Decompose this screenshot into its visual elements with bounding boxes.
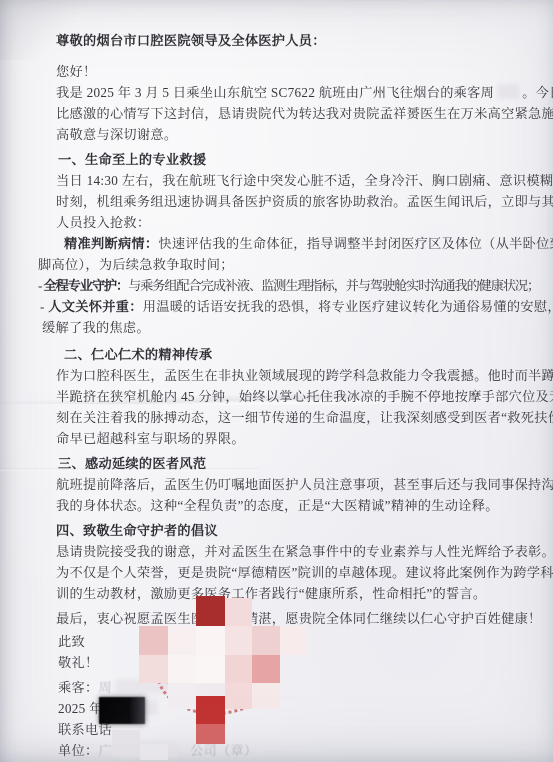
text-run: 快速评估我的生命体征，指导调整半封闭医疗区及体位（从半卧位到头低: [158, 236, 553, 251]
greeting: 您好！: [56, 61, 526, 82]
letter-line: - 人文关怀并重：用温暖的话语安抚我的恐惧，将专业医疗建议转化为通俗易懂的安慰，…: [40, 296, 526, 317]
text-run: 刻在关注着我的脉搏动态，这一细节传递的生命温度，让我深刻感受到医者“救死扶伤”的…: [56, 410, 553, 425]
letter-line: 人员投入抢救：: [56, 212, 526, 233]
section-4-heading: 四、致敬生命守护者的倡议: [56, 520, 526, 541]
text-run: 人员投入抢救：: [56, 215, 150, 230]
text-run: 高敬意与深切谢意。: [56, 127, 177, 142]
letter-line: 一、生命至上的专业救援: [58, 149, 526, 170]
text-run: 二、仁心仁术的精神传承: [64, 347, 212, 362]
text-run: 人文关怀并重：: [48, 299, 142, 314]
letter-line: 二、仁心仁术的精神传承: [64, 344, 526, 365]
text-run: 全程专业守护：: [44, 278, 129, 293]
letter-line: 脚高位），为后续急救争取时间；: [38, 254, 526, 275]
text-run: 您好！: [56, 64, 96, 79]
text-run: 用温暖的话语安抚我的恐惧，将专业医疗建议转化为通俗易懂的安慰，极大: [143, 299, 553, 314]
letter-line: 命早已超越科室与职场的界限。: [56, 428, 526, 449]
text-run: 敬礼！: [58, 655, 98, 670]
text-run: 时刻，机组乘务组迅速协调具备医护资质的旅客协助救治。孟医生闻讯后，立即与其他医护: [56, 194, 553, 209]
letter-line: 敬礼！: [58, 652, 526, 673]
text-run: 单位：: [58, 743, 98, 758]
scanned-letter-page: { "meta": { "kind": "scanned thank-you l…: [0, 0, 553, 762]
section-3-heading: 三、感动延续的医者风范: [56, 453, 526, 474]
text-run: 脚高位），为后续急救争取时间；: [38, 257, 234, 272]
text-run: 训的生动教材，激励更多医务工作者践行“健康所系，性命相托”的誓言。: [56, 586, 486, 601]
text-run: 命早已超越科室与职场的界限。: [56, 431, 245, 446]
letter-line: 时刻，机组乘务组迅速协调具备医护资质的旅客协助救治。孟医生闻讯后，立即与其他医护: [56, 191, 526, 212]
letter-line: 三、感动延续的医者风范: [58, 453, 526, 474]
letter-line: - 全程专业守护：与乘务组配合完成补液、监测生理指标，并与驾驶舱实时沟通我的健康…: [38, 275, 526, 296]
letter-line: 训的生动教材，激励更多医务工作者践行“健康所系，性命相托”的誓言。: [56, 583, 526, 604]
section-2-heading: 二、仁心仁术的精神传承: [56, 344, 526, 365]
text-run: 乘客：: [58, 680, 98, 695]
letter-line: 高敬意与深切谢意。: [56, 124, 526, 145]
letter-line: 尊敬的烟台市口腔医院领导及全体医护人员：: [56, 30, 526, 51]
black-redaction-box: [99, 697, 145, 724]
opening-paragraph: 我是 2025 年 3 月 5 日乘坐山东航空 SC7622 航班由广州飞往烟台…: [56, 82, 526, 145]
text-run: 当日 14:30 左右，我在航班飞行途中突发心脏不适，全身冷汗、胸口剧痛、意识模…: [56, 173, 553, 188]
text-run: 公司（章）: [190, 743, 257, 758]
salutation: 尊敬的烟台市口腔医院领导及全体医护人员：: [56, 30, 526, 51]
redacted-text: [497, 84, 519, 99]
bullet-precise-diagnosis: 精准判断病情：快速评估我的生命体征，指导调整半封闭医疗区及体位（从半卧位到头低脚…: [56, 233, 526, 275]
letter-line: 刻在关注着我的脉搏动态，这一细节传递的生命温度，让我深刻感受到医者“救死扶伤”的…: [56, 407, 526, 428]
letter-line: 为不仅是个人荣誉，更是贵院“厚德精医”院训的卓越体现。建议将此案例作为跨学科急救…: [56, 562, 526, 583]
letter-line: 此致: [58, 631, 526, 652]
letter-line: 当日 14:30 左右，我在航班飞行途中突发心脏不适，全身冷汗、胸口剧痛、意识模…: [56, 170, 526, 191]
text-run: 精准判断病情：: [64, 236, 158, 251]
letter-line: 恳请贵院接受我的谢意，并对孟医生在紧急事件中的专业素养与人性光辉给予表彰。他的行: [56, 541, 526, 562]
text-run: 为不仅是个人荣誉，更是贵院“厚德精医”院训的卓越体现。建议将此案例作为跨学科急救…: [56, 565, 553, 580]
text-run: 三、感动延续的医者风范: [58, 456, 206, 471]
letter-line: 我是 2025 年 3 月 5 日乘坐山东航空 SC7622 航班由广州飞往烟台…: [56, 82, 526, 103]
letter-line: 半跪挤在狭窄机舱内 45 分钟，始终以掌心托住我冰凉的手腕不停地按摩手部穴位及无…: [56, 386, 526, 407]
text-run: 联系电话: [58, 722, 112, 737]
letter-line: 乘客：周: [58, 677, 526, 698]
closing-wish: 最后，衷心祝愿孟医生医术日臻精湛，愿贵院全体同仁继续以仁心守护百姓健康！: [56, 608, 526, 629]
letter-line: 精准判断病情：快速评估我的生命体征，指导调整半封闭医疗区及体位（从半卧位到头低: [56, 233, 526, 254]
text-run: 广: [98, 743, 112, 758]
text-run: 我是 2025 年 3 月 5 日乘坐山东航空 SC7622 航班由广州飞往烟台…: [56, 85, 494, 100]
text-run: 缓解了我的焦虑。: [42, 320, 150, 335]
text-run: 航班提前降落后，孟医生仍叮嘱地面医护人员注意事项，甚至事后还与我同事保持沟通了解: [56, 477, 553, 492]
letter-line: 您好！: [56, 61, 526, 82]
section-4-paragraph: 恳请贵院接受我的谢意，并对孟医生在紧急事件中的专业素养与人性光辉给予表彰。他的行…: [56, 541, 526, 604]
text-run: 恳请贵院接受我的谢意，并对孟医生在紧急事件中的专业素养与人性光辉给予表彰。他的行: [56, 544, 553, 559]
section-2-paragraph: 作为口腔科医生，孟医生在非执业领域展现的跨学科急救能力令我震撼。他时而半蹲、时而…: [56, 365, 526, 449]
text-run: 。今日怀着无: [522, 85, 553, 100]
redacted-text: [115, 742, 177, 757]
letter-body: 尊敬的烟台市口腔医院领导及全体医护人员：您好！我是 2025 年 3 月 5 日…: [56, 30, 526, 761]
bullet-humanistic-care: - 人文关怀并重：用温暖的话语安抚我的恐惧，将专业医疗建议转化为通俗易懂的安慰，…: [56, 296, 526, 338]
text-run: 与乘务组配合完成补液、监测生理指标，并与驾驶舱实时沟通我的健康状况；: [128, 278, 539, 293]
letter-line: 缓解了我的焦虑。: [42, 317, 526, 338]
text-run: 周: [98, 680, 112, 695]
text-run: 最后，衷心祝愿孟医生医术日臻精湛，愿贵院全体同仁继续以仁心守护百姓健康！: [56, 611, 542, 626]
section-3-paragraph: 航班提前降落后，孟医生仍叮嘱地面医护人员注意事项，甚至事后还与我同事保持沟通了解…: [56, 474, 526, 516]
text-run: 作为口腔科医生，孟医生在非执业领域展现的跨学科急救能力令我震撼。他时而半蹲、时而: [56, 368, 553, 383]
text-run: 尊敬的烟台市口腔医院领导及全体医护人员：: [56, 33, 326, 48]
text-run: 半跪挤在狭窄机舱内 45 分钟，始终以掌心托住我冰凉的手腕不停地按摩手部穴位及无…: [56, 389, 553, 404]
letter-line: 四、致敬生命守护者的倡议: [56, 520, 526, 541]
closing-cizhi: 此致敬礼！: [56, 631, 526, 673]
letter-line: 比感激的心情写下这封信，恳请贵院代为转达我对贵院孟祥赟医生在万米高空紧急施救的崇: [56, 103, 526, 124]
section-1-heading: 一、生命至上的专业救援: [56, 149, 526, 170]
text-run: 比感激的心情写下这封信，恳请贵院代为转达我对贵院孟祥赟医生在万米高空紧急施救的崇: [56, 106, 553, 121]
text-run: 此致: [58, 634, 85, 649]
letter-line: 航班提前降落后，孟医生仍叮嘱地面医护人员注意事项，甚至事后还与我同事保持沟通了解: [56, 474, 526, 495]
bullet-full-guard: - 全程专业守护：与乘务组配合完成补液、监测生理指标，并与驾驶舱实时沟通我的健康…: [56, 275, 526, 296]
section-1-paragraph: 当日 14:30 左右，我在航班飞行途中突发心脏不适，全身冷汗、胸口剧痛、意识模…: [56, 170, 526, 233]
text-run: 四、致敬生命守护者的倡议: [56, 523, 218, 538]
letter-line: 我的身体状态。这种“全程负责”的态度，正是“大医精诚”精神的生动诠释。: [56, 495, 526, 516]
text-run: 一、生命至上的专业救援: [58, 152, 206, 167]
letter-line: 最后，衷心祝愿孟医生医术日臻精湛，愿贵院全体同仁继续以仁心守护百姓健康！: [56, 608, 526, 629]
text-run: 我的身体状态。这种“全程负责”的态度，正是“大医精诚”精神的生动诠释。: [56, 498, 499, 513]
letter-line: 单位：广公司（章）: [58, 740, 526, 761]
letter-line: 作为口腔科医生，孟医生在非执业领域展现的跨学科急救能力令我震撼。他时而半蹲、时而: [56, 365, 526, 386]
